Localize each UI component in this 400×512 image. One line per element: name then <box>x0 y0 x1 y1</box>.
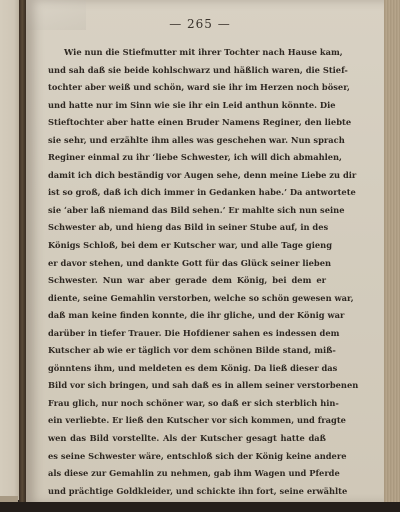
text-line: Kutscher ab wie er täglich vor dem schön… <box>48 342 326 360</box>
text-line: Bild vor sich bringen, und sah daß es in… <box>48 377 326 395</box>
text-line: wen das Bild vorstellte. Als der Kutsche… <box>48 430 326 448</box>
text-line: sie ‘aber laß niemand das Bild sehen.’ E… <box>48 202 326 220</box>
text-line: Reginer einmal zu ihr ‘liebe Schwester, … <box>48 149 326 167</box>
page-number: — 265 — <box>0 17 400 31</box>
text-line: darüber in tiefer Trauer. Die Hofdiener … <box>48 325 326 343</box>
text-line: Königs Schloß, bei dem er Kutscher war, … <box>48 237 326 255</box>
text-line: Frau glich, nur noch schöner war, so daß… <box>48 395 326 413</box>
page-stack-edges <box>384 0 400 504</box>
text-line: es seine Schwester wäre, entschloß sich … <box>48 448 326 466</box>
text-line: Wie nun die Stiefmutter mit ihrer Tochte… <box>48 44 326 62</box>
text-line: und sah daß sie beide kohlschwarz und hä… <box>48 62 326 80</box>
text-line: sie sehr, und erzählte ihm alles was ges… <box>48 132 326 150</box>
text-line: Schwester. Nun war aber gerade dem König… <box>48 272 326 290</box>
book-scan: — 265 — Wie nun die Stiefmutter mit ihre… <box>0 0 400 512</box>
text-line: und hatte nur im Sinn wie sie ihr ein Le… <box>48 97 326 115</box>
text-line: er davor stehen, und dankte Gott für das… <box>48 255 326 273</box>
text-line: ist so groß, daß ich dich immer in Gedan… <box>48 184 326 202</box>
text-line: als diese zur Gemahlin zu nehmen, gab ih… <box>48 465 326 483</box>
text-line: ein verliebte. Er ließ den Kutscher vor … <box>48 412 326 430</box>
text-line: damit ich dich beständig vor Augen sehe,… <box>48 167 326 185</box>
left-page-edge <box>0 0 20 500</box>
text-line: tochter aber weiß und schön, ward sie ih… <box>48 79 326 97</box>
text-line: Schwester ab, und hieng das Bild in sein… <box>48 219 326 237</box>
text-line: gönntens ihm, und meldeten es dem König.… <box>48 360 326 378</box>
text-line: Stieftochter aber hatte einen Bruder Nam… <box>48 114 326 132</box>
bottom-shadow <box>0 502 400 512</box>
text-line: diente, seine Gemahlin verstorben, welch… <box>48 290 326 308</box>
body-text: Wie nun die Stiefmutter mit ihrer Tochte… <box>48 44 326 500</box>
text-line: daß man keine finden konnte, die ihr gli… <box>48 307 326 325</box>
text-line: und prächtige Goldkleider, und schickte … <box>48 483 326 501</box>
